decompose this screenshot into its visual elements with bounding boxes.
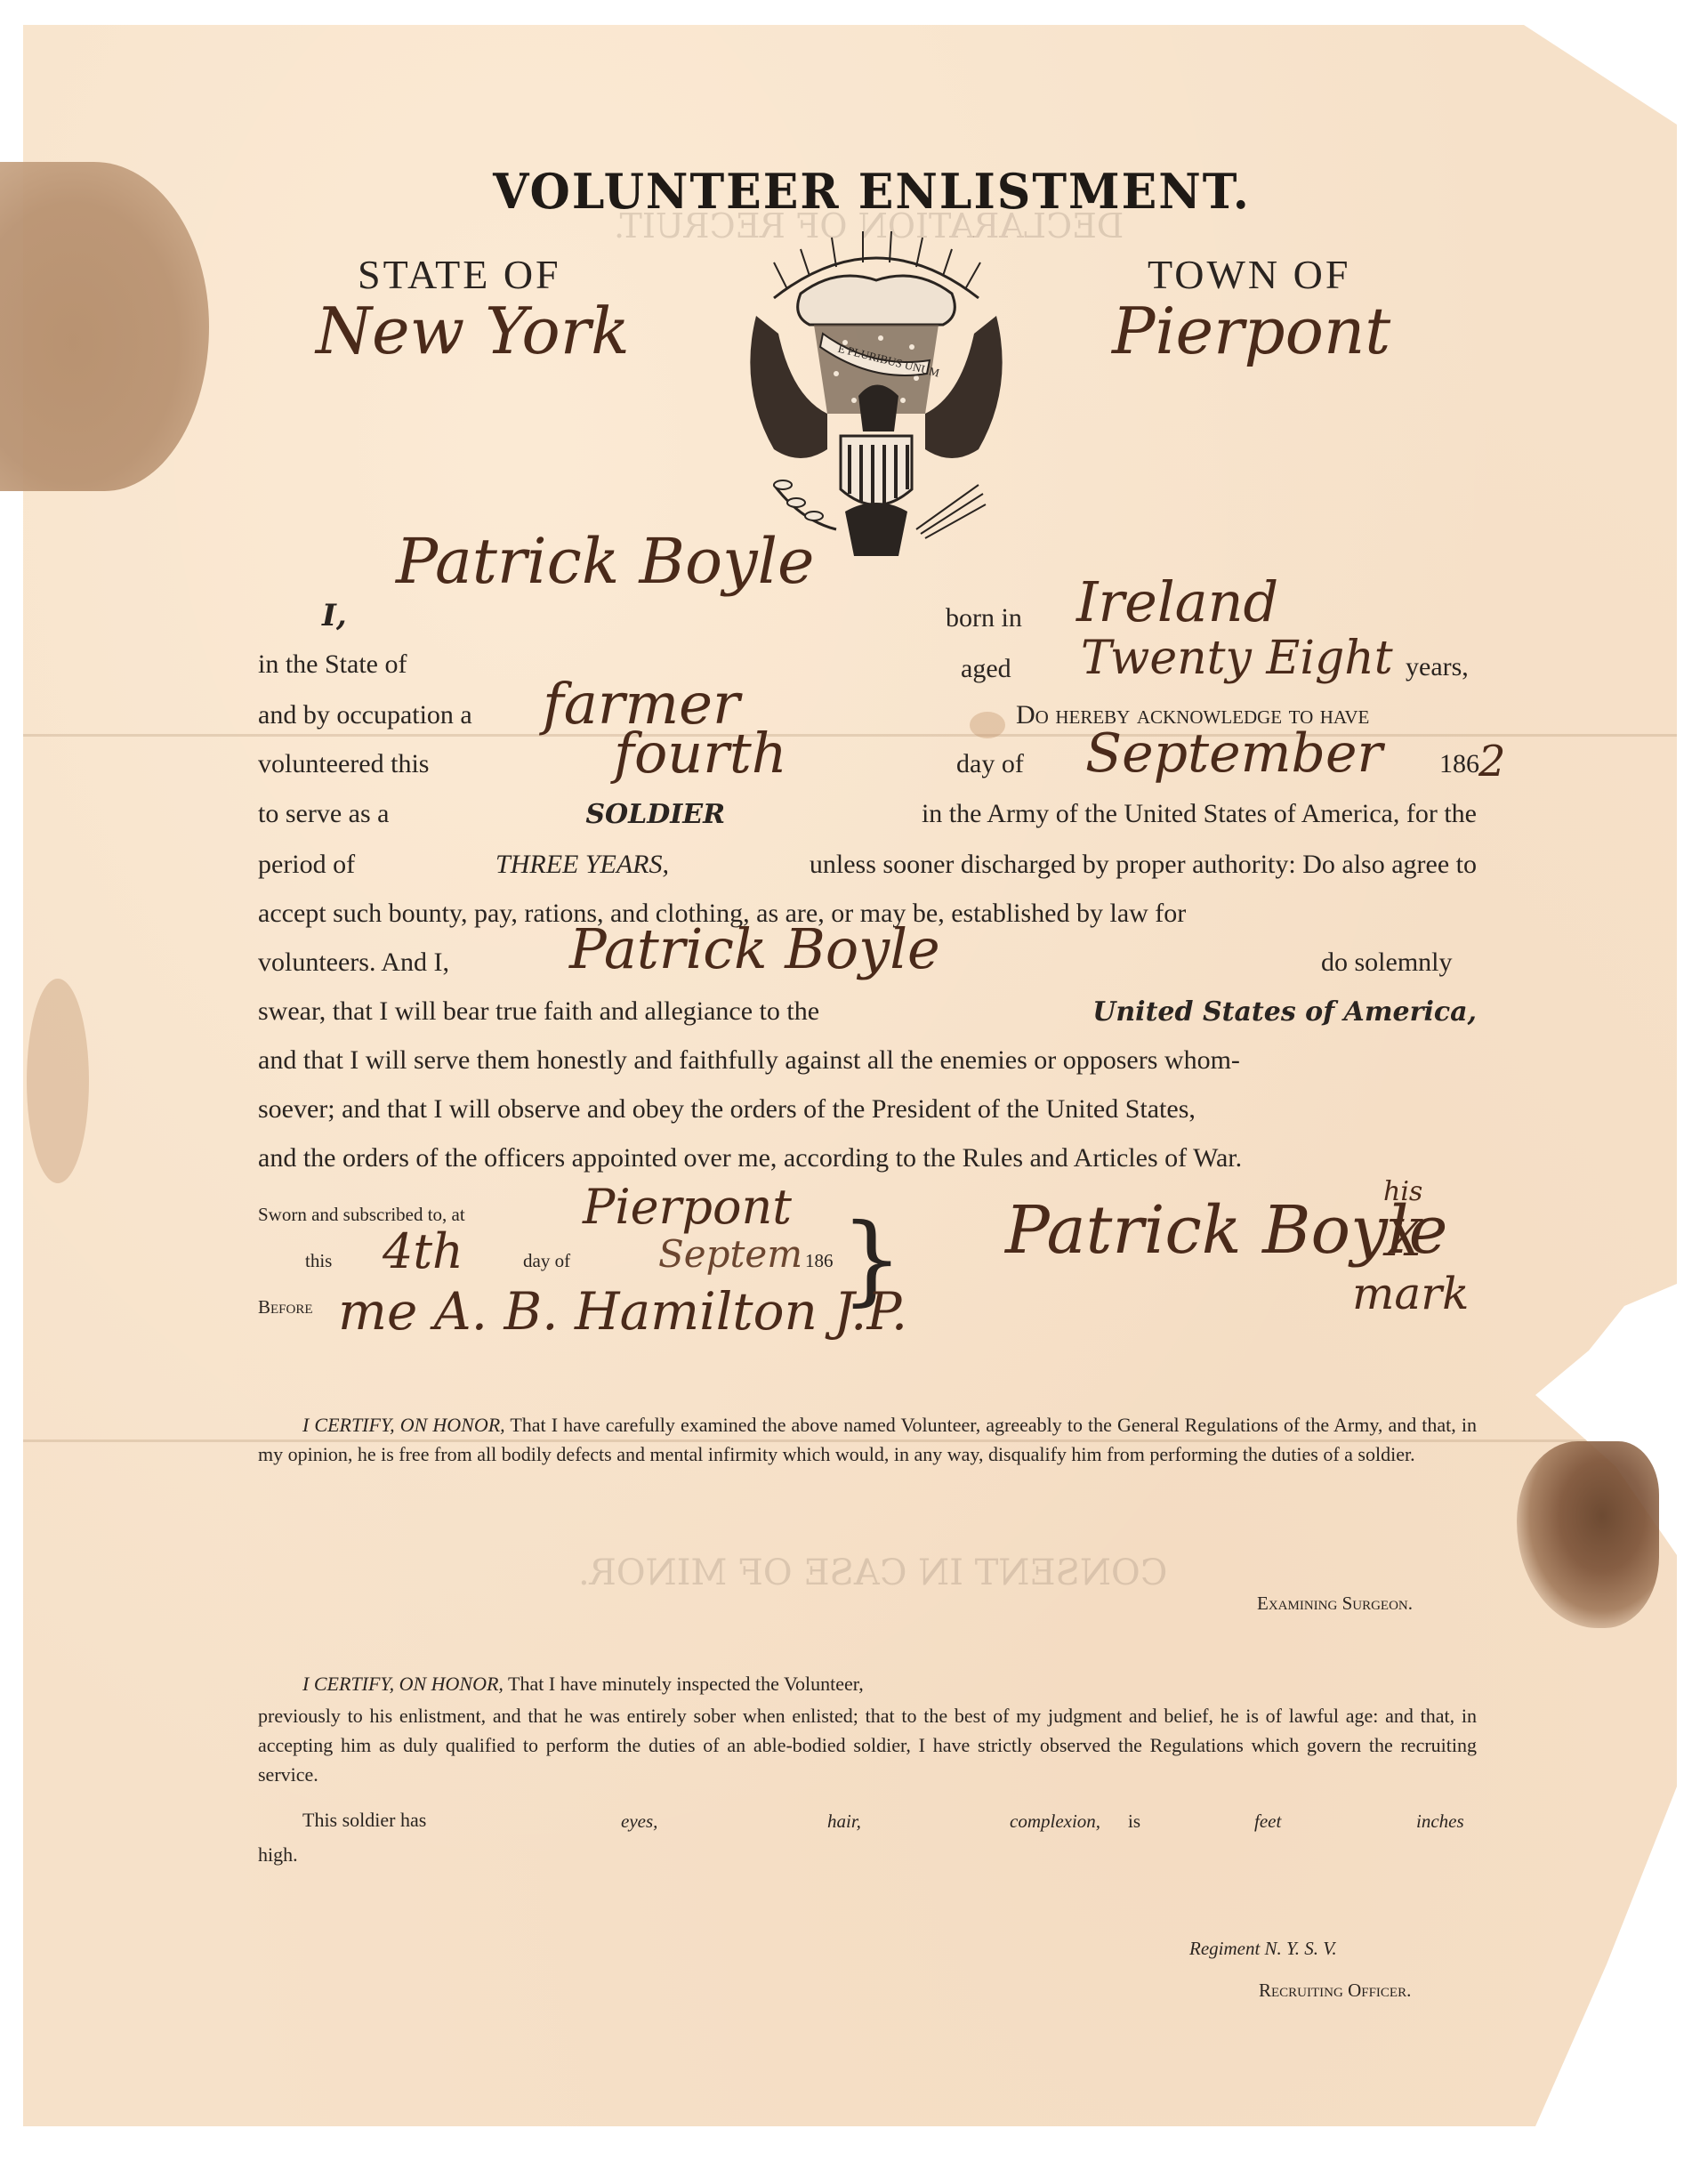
birthplace-field[interactable]: Ireland [1076,569,1278,634]
year-printed: 186 [1439,749,1479,779]
i-label: I, [322,598,347,633]
state-label: STATE OF [358,251,561,298]
body-line-obey: soever; and that I will observe and obey… [258,1094,1477,1125]
water-stain [27,979,89,1183]
mark-label: mark [1352,1268,1469,1319]
occupation-label: and by occupation a [258,700,472,730]
inches-label: inches [1416,1810,1464,1833]
volunteer-name-field[interactable]: Patrick Boyle [396,525,814,598]
sworn-day-of-label: day of [523,1250,570,1272]
oath-name-field[interactable]: Patrick Boyle [569,916,940,981]
complexion-label: complexion, [1010,1810,1100,1833]
age-field[interactable]: Twenty Eight [1081,632,1393,685]
three-years-emphasis: THREE YEARS, [495,850,669,880]
hair-label: hair, [827,1810,861,1833]
sworn-month-field[interactable]: Septem [658,1232,802,1276]
body-line-swear: swear, that I will bear true faith and a… [258,996,1477,1028]
description-lead: This soldier has [302,1809,426,1832]
state-field[interactable]: New York [316,294,630,368]
soldier-emphasis: SOLDIER [585,799,725,830]
recruiting-officer-label: Recruiting Officer. [1259,1980,1411,2002]
recruiter-certification-body: previously to his enlistment, and that h… [258,1701,1477,1789]
eagle-seal-icon: E PLURIBUS UNUM [738,227,1014,574]
sworn-year-printed: 186 [805,1250,834,1272]
this-label: this [305,1250,332,1272]
high-label: high. [258,1843,298,1867]
do-solemnly-label: do solemnly [1321,947,1453,978]
town-label: TOWN OF [1148,251,1350,298]
volunteer-signature-field[interactable]: Patrick Boyle [1005,1192,1447,1269]
his-label: his [1383,1176,1422,1207]
regiment-label: Regiment N. Y. S. V. [1189,1938,1337,1960]
state-of-label: in the State of [258,649,407,680]
sworn-place-field[interactable]: Pierpont [583,1179,792,1235]
day-of-label: day of [956,749,1024,779]
spot-stain [970,712,1005,738]
justice-signature-field[interactable]: me A. B. Hamilton J.P. [338,1281,907,1342]
sworn-day-field[interactable]: 4th [383,1223,463,1279]
is-label: is [1128,1810,1140,1833]
years-label: years, [1406,652,1469,682]
document-title: VOLUNTEER ENLISTMENT. [471,163,1272,220]
year-field[interactable]: 2 [1478,737,1506,786]
surgeon-certification: I CERTIFY, ON HONOR, That I have careful… [258,1410,1477,1469]
usa-emphasis: United States of America, [1092,996,1477,1028]
body-line-articles: and the orders of the officers appointed… [258,1143,1477,1173]
aged-label: aged [961,654,1011,684]
bleed-through-consent-heading: CONSENT IN CASE OF MINOR. [578,1552,1167,1593]
fold-crease [23,734,1678,737]
before-label: Before [258,1296,313,1318]
eyes-label: eyes, [621,1810,657,1833]
enlist-day-field[interactable]: fourth [614,721,787,786]
volunteers-and-i-label: volunteers. And I, [258,947,449,978]
enlist-month-field[interactable]: September [1085,722,1382,785]
town-field[interactable]: Pierpont [1112,294,1390,368]
volunteered-label: volunteered this [258,749,429,779]
born-in-label: born in [946,603,1022,633]
examining-surgeon-label: Examining Surgeon. [1257,1593,1413,1615]
feet-label: feet [1254,1810,1281,1833]
body-line-soldier: to serve as a SOLDIER in the Army of the… [258,799,1477,830]
recruiter-certification-first: I CERTIFY, ON HONOR, That I have minutel… [302,1673,864,1696]
body-line-serve: and that I will serve them honestly and … [258,1045,1477,1076]
mark-x: X [1386,1210,1422,1268]
body-line-period: period of THREE YEARS, unless sooner dis… [258,850,1477,880]
certify-lead: I CERTIFY, ON HONOR, [302,1414,505,1436]
